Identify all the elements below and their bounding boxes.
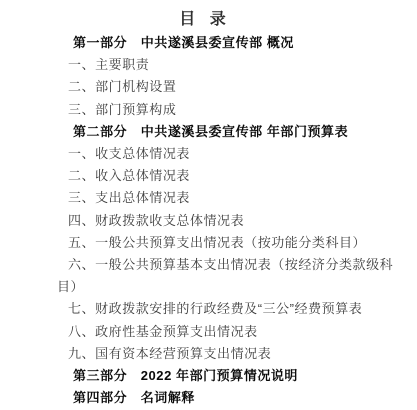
toc-list: 第一部分 中共遂溪县委宣传部 概况一、主要职责二、部门机构设置三、部门预算构成第… bbox=[0, 32, 417, 409]
toc-section-heading: 第三部分 2022 年部门预算情况说明 bbox=[57, 365, 411, 387]
toc-item: 一、收支总体情况表 bbox=[57, 143, 411, 165]
toc-item: 五、一般公共预算支出情况表（按功能分类科目） bbox=[57, 232, 411, 254]
document-page: 目 录 第一部分 中共遂溪县委宣传部 概况一、主要职责二、部门机构设置三、部门预… bbox=[0, 0, 417, 410]
toc-section-heading: 第四部分 名词解释 bbox=[57, 387, 411, 409]
toc-item: 二、部门机构设置 bbox=[57, 76, 411, 98]
toc-section-heading: 第二部分 中共遂溪县委宣传部 年部门预算表 bbox=[57, 121, 411, 143]
toc-section-heading: 第一部分 中共遂溪县委宣传部 概况 bbox=[57, 32, 411, 54]
toc-item: 六、一般公共预算基本支出情况表（按经济分类款级科 bbox=[57, 254, 411, 276]
toc-item: 二、收入总体情况表 bbox=[57, 165, 411, 187]
toc-item: 九、国有资本经营预算支出情况表 bbox=[57, 343, 411, 365]
toc-item: 八、政府性基金预算支出情况表 bbox=[57, 321, 411, 343]
toc-item: 三、支出总体情况表 bbox=[57, 187, 411, 209]
page-title: 目 录 bbox=[0, 8, 406, 32]
toc-item: 七、财政拨款安排的行政经费及“三公”经费预算表 bbox=[57, 298, 411, 320]
toc-item-continuation: 目） bbox=[57, 276, 411, 298]
toc-item: 三、部门预算构成 bbox=[57, 99, 411, 121]
toc-item: 四、财政拨款收支总体情况表 bbox=[57, 210, 411, 232]
toc-item: 一、主要职责 bbox=[57, 54, 411, 76]
